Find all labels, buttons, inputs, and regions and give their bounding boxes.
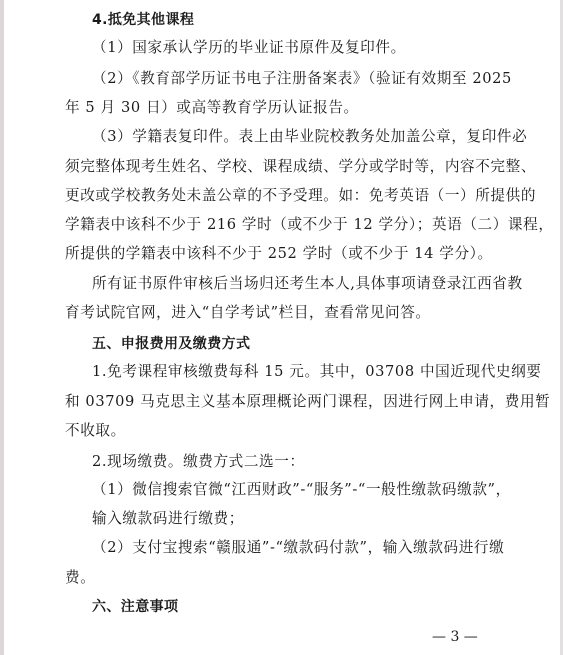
text-line: 费。: [65, 568, 465, 588]
text-line: 和 03709 马克思主义基本原理概论两门课程，因进行网上申请，费用暂: [65, 392, 465, 412]
text-line: 1.免考课程审核缴费每科 15 元。其中，03708 中国近现代史纲要: [92, 362, 465, 382]
document-page: 4.抵免其他课程（1）国家承认学历的毕业证书原件及复印件。（2）《教育部学历证书…: [65, 0, 465, 655]
page-edge-left: [0, 0, 4, 655]
text-line: 所提供的学籍表中该科不少于 252 学时（或不少于 14 学分）。: [65, 244, 465, 264]
text-line: （1）微信搜索官微“江西财政”-“服务”-“一般性缴款码缴款”，: [92, 480, 465, 500]
text-line: （2）《教育部学历证书电子注册备案表》（验证有效期至 2025: [92, 69, 465, 89]
text-line: （3）学籍表复印件。表上由毕业院校教务处加盖公章，复印件必: [92, 127, 465, 147]
text-line: 学籍表中该科不少于 216 学时（或不少于 12 学分）；英语（二）课程，: [65, 215, 465, 235]
text-line: 年 5 月 30 日）或高等教育学历认证报告。: [65, 98, 465, 118]
text-line: 所有证书原件审核后当场归还考生本人,具体事项请登录江西省教: [92, 274, 465, 294]
section-heading: 五、申报费用及缴费方式: [92, 334, 465, 354]
text-line: 更改或学校教务处未盖公章的不予受理。如：免考英语（一）所提供的: [65, 186, 465, 206]
text-line: （2）支付宝搜索“赣服通”-“缴款码付款”，输入缴款码进行缴: [92, 538, 465, 558]
text-line: 输入缴款码进行缴费；: [92, 509, 465, 529]
section-heading: 4.抵免其他课程: [92, 10, 465, 30]
text-line: 须完整体现考生姓名、学校、课程成绩、学分或学时等，内容不完整、: [65, 157, 465, 177]
page-number: — 3 —: [432, 627, 478, 647]
section-heading: 六、注意事项: [92, 597, 465, 617]
text-line: （1）国家承认学历的毕业证书原件及复印件。: [92, 38, 465, 58]
text-line: 2.现场缴费。缴费方式二选一：: [92, 452, 465, 472]
text-line: 不收取。: [65, 421, 465, 441]
text-line: 育考试院官网，进入“自学考试”栏目，查看常见问答。: [65, 303, 465, 323]
